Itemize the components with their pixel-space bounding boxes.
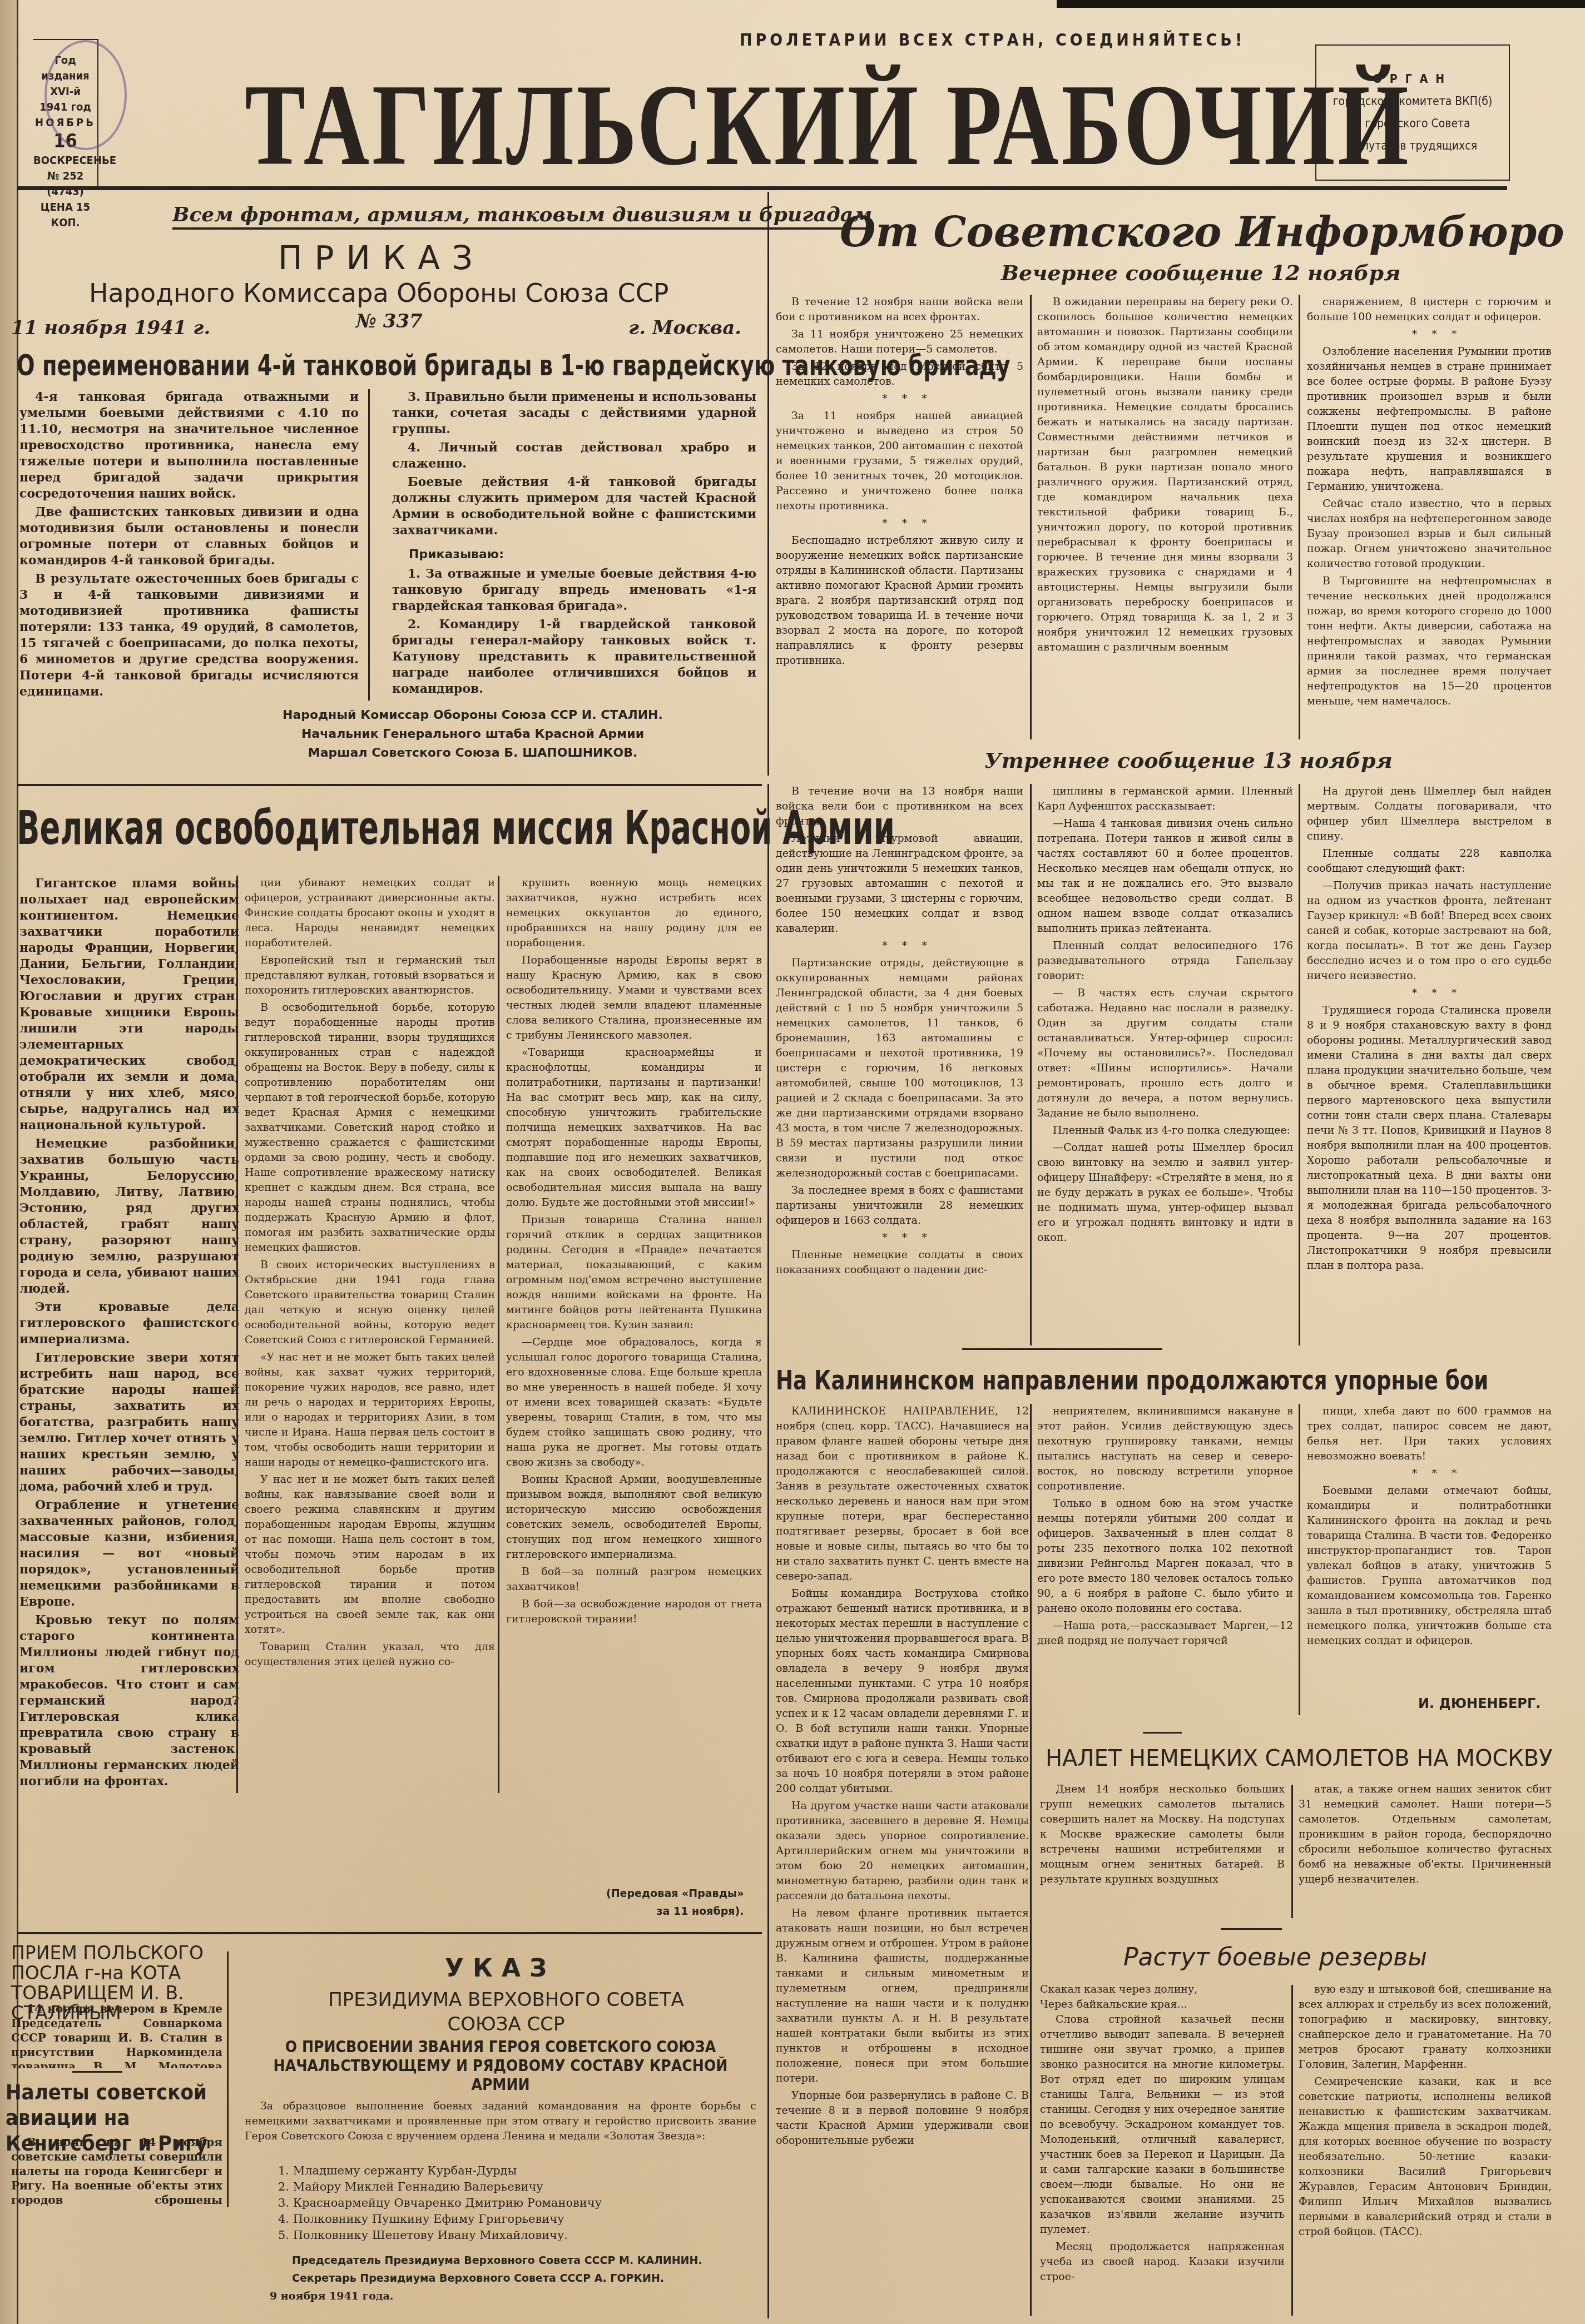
paragraph: В результате ожесточенных боев бригады с… [19, 571, 359, 700]
section-rule [1221, 1928, 1282, 1930]
motto: ПРОЛЕТАРИИ ВСЕХ СТРАН, СОЕДИНЯЙТЕСЬ! [740, 31, 1245, 50]
column-divider [227, 1951, 229, 2207]
kalinin-col3: пищи, хлеба дают по 600 граммов на трех … [1307, 1404, 1552, 1693]
paragraph: пищи, хлеба дают по 600 граммов на трех … [1307, 1404, 1552, 1464]
paragraph: Кровью текут по полям старого континента… [19, 1612, 239, 1790]
paragraph: —Солдат нашей роты Шмеллер бросил свою в… [1037, 1140, 1293, 1245]
editorial-col3: крушить военную мощь немецких захватчико… [506, 876, 762, 1732]
recipient: 2. Майору Миклей Геннадию Валерьевичу [256, 2179, 602, 2195]
section-rule [1143, 1732, 1182, 1734]
separator-stars: * * * [776, 516, 1023, 531]
paragraph: Упорные бои развернулись в районе С. В т… [776, 2088, 1029, 2148]
paragraph: В ночь на 14 ноября советские самолеты с… [11, 2135, 222, 2207]
paragraph: Партизанские отряды, действующие в оккуп… [776, 956, 1023, 1181]
paragraph: неприятелем, вклинившимся накануне в это… [1037, 1404, 1293, 1494]
evening-report-col3: снаряжением, 8 цистерн с горючим и больш… [1307, 295, 1552, 739]
raid-heading: НАЛЕТ НЕМЕЦКИХ САМОЛЕТОВ НА МОСКВУ [1046, 1746, 1553, 1771]
paragraph: Днем 14 ноября несколько больших групп н… [1040, 1782, 1285, 1887]
reserves-heading: Растут боевые резервы [1123, 1943, 1427, 1972]
paragraph: —Наша рота,—рассказывает Марген,—12 дней… [1037, 1618, 1293, 1648]
decree-title: О ПРИСВОЕНИИ ЗВАНИЯ ГЕРОЯ СОВЕТСКОГО СОЮ… [245, 2038, 756, 2094]
column-divider [1030, 784, 1032, 1345]
paragraph: Беспощадно истребляют живую силу и воору… [776, 533, 1023, 668]
paragraph: Трудящиеся города Сталинска провели 8 и … [1307, 1003, 1552, 1273]
paragraph: На другой день Шмеллер был найден мертвы… [1307, 784, 1552, 844]
order-slogan: Всем фронтам, армиям, танковым дивизиям … [172, 203, 872, 230]
paragraph: Слова стройной казачьей песни отчетливо … [1040, 2012, 1285, 2237]
evening-report-heading: Вечернее сообщение 12 ноября [1001, 260, 1400, 285]
column-divider [1299, 784, 1300, 1345]
morning-report-col1: В течение ночи на 13 ноября наши войска … [776, 784, 1023, 1345]
column-divider [1291, 1785, 1293, 1918]
editorial-source: (Передовая «Правды» за 11 ноября). [606, 1885, 744, 1920]
paragraph: У нас нет и не может быть таких целей во… [245, 1472, 495, 1637]
order-city: г. Москва. [628, 317, 741, 339]
issue-price: ЦЕНА 15 КОП. [33, 199, 97, 230]
song-line: Скакал казак через долину, [1040, 1982, 1285, 1997]
paragraph: Товарищ Сталин указал, что для осуществл… [245, 1640, 495, 1670]
column-divider [1299, 1404, 1300, 1715]
recipient: 3. Красноармейцу Овчаренко Дмитрию Роман… [256, 2195, 602, 2211]
paragraph: Семиреченские казаки, как и все советски… [1299, 2074, 1552, 2239]
column-divider [1299, 295, 1300, 739]
polish-ambassador-body: 14 ноября вечером в Кремле Председатель … [11, 2002, 222, 2068]
evening-report-col2: В ожидании переправы на берегу реки О. с… [1037, 295, 1293, 739]
paragraph: Призыв товарища Сталина нашел горячий от… [506, 1213, 762, 1333]
section-rule [17, 784, 762, 786]
morning-report-col2: циплины в германской армии. Пленный Карл… [1037, 784, 1293, 1345]
evening-report-col1: В течение 12 ноября наши войска вели бои… [776, 295, 1023, 739]
paragraph: За последнее время в боях с фашистами па… [776, 1183, 1023, 1228]
order-left-column: 4-я танковая бригада отважными и умелыми… [19, 389, 359, 701]
page-edge [1057, 0, 1585, 8]
paragraph: В бой—за полный разгром немецких захватч… [506, 1565, 762, 1595]
paragraph: Сейчас стало известно, что в первых числ… [1307, 496, 1552, 572]
column-divider [767, 192, 769, 776]
order-item: 3. Начальнику ГАБТУ и начальнику ГАУ поп… [392, 699, 756, 701]
paragraph: В бой—за освобождение народов от гнета г… [506, 1597, 762, 1627]
paragraph: Пленные солдаты 228 кавполка сообщают сл… [1307, 846, 1552, 876]
section-rule [17, 1932, 762, 1934]
paragraph: Озлобление населения Румынии против хозя… [1307, 344, 1552, 494]
morning-report-heading: Утреннее сообщение 13 ноября [984, 748, 1393, 773]
paragraph: снаряжением, 8 цистерн с горючим и больш… [1307, 295, 1552, 325]
paragraph: крушить военную мощь немецких захватчико… [506, 876, 762, 951]
paragraph: вую езду и штыковой бой, спешивание на в… [1299, 1982, 1552, 2072]
kalinin-col1: КАЛИНИНСКОЕ НАПРАВЛЕНИЕ, 12 ноября (спец… [776, 1404, 1029, 2316]
editorial-col2: ции убивают немецких солдат и офицеров, … [245, 876, 495, 1793]
source-line: (Передовая «Правды» [606, 1885, 744, 1903]
editorial-col1: Гигантское пламя войны полыхает над евро… [19, 876, 239, 1793]
signature-gorkin: Секретарь Президиума Верховного Совета С… [270, 2270, 702, 2287]
reserves-col2: вую езду и штыковой бой, спешивание на в… [1299, 1982, 1552, 2316]
aviation-raid-body: В ночь на 14 ноября советские самолеты с… [11, 2135, 222, 2207]
paragraph: КАЛИНИНСКОЕ НАПРАВЛЕНИЕ, 12 ноября (спец… [776, 1404, 1029, 1584]
order-item: 2. Командиру 1-й гвардейской танковой бр… [392, 617, 756, 697]
decree-subheading: ПРЕЗИДИУМА ВЕРХОВНОГО СОВЕТА СОЮЗА ССР [267, 1988, 745, 2037]
paragraph: Две фашистских танковых дивизии и одна м… [19, 504, 359, 569]
separator-stars: * * * [776, 938, 1023, 954]
reserves-col1: Скакал казак через долину, Через байкаль… [1040, 1982, 1285, 2316]
separator-stars: * * * [1307, 327, 1552, 342]
paragraph: Гигантское пламя войны полыхает над евро… [19, 876, 239, 1134]
paragraph: 4. Личный состав действовал храбро и сла… [392, 440, 756, 472]
paragraph: Пленный Фальк из 4-го полка следующее: [1037, 1123, 1293, 1138]
order-signatures: Народный Комиссар Обороны Союза ССР И. С… [222, 706, 723, 763]
paragraph: Немецкие разбойники, захватив большую ча… [19, 1136, 239, 1297]
paragraph: —Сердце мое обрадовалось, когда я услыша… [506, 1335, 762, 1470]
editorial-heading: Великая освободительная миссия Красной А… [17, 801, 895, 855]
paragraph: За 12 ноября под Москвой сбито 5 немецки… [776, 359, 1023, 389]
morning-report-col3: На другой день Шмеллер был найден мертвы… [1307, 784, 1552, 1345]
section-rule [72, 2071, 122, 2073]
paragraph: В течение 12 ноября наши войска вели бои… [776, 295, 1023, 325]
recipient: 4. Полковнику Пушкину Ефиму Григорьевичу [256, 2211, 602, 2227]
paragraph: ции убивают немецких солдат и офицеров, … [245, 876, 495, 951]
paragraph: В освободительной борьбе, которую ведут … [245, 1000, 495, 1255]
decree-subheading-line: ПРЕЗИДИУМА ВЕРХОВНОГО СОВЕТА [267, 1988, 745, 2012]
separator-stars: * * * [776, 391, 1023, 406]
recipient: 1. Младшему сержанту Курбан-Дурды [256, 2163, 602, 2179]
paragraph: Европейский тыл и германский тыл предста… [245, 953, 495, 998]
organ-line3: депутатов трудящихся [1316, 135, 1509, 157]
column-divider [236, 876, 238, 1793]
organ-label: ОРГАН [1316, 68, 1509, 90]
kalinin-heading: На Калининском направлении продолжаются … [776, 1365, 1488, 1396]
order-item: 1. За отважные и умелые боевые действия … [392, 566, 756, 614]
decree-signatures: Председатель Президиума Верховного Совет… [270, 2252, 702, 2305]
raid-col1: Днем 14 ноября несколько больших групп н… [1040, 1782, 1285, 1921]
paragraph: Боевые действия 4-й танковой бригады дол… [392, 474, 756, 539]
paragraph: На левом фланге противник пытается атако… [776, 1906, 1029, 2086]
kalinin-byline: И. ДЮНЕНБЕРГ. [1418, 1696, 1541, 1711]
raid-col2: атак, а также огнем наших зениток сбит 3… [1299, 1782, 1552, 1921]
paragraph: Боевыми делами отмечают бойцы, командиры… [1307, 1483, 1552, 1648]
paragraph: атак, а также огнем наших зениток сбит 3… [1299, 1782, 1552, 1887]
paragraph: —Получив приказ начать наступление на од… [1307, 878, 1552, 984]
paragraph: Эти кровавые дела гитлеровского фашистск… [19, 1299, 239, 1348]
issue-date-box: Год издания XVI-й 1941 год НОЯБРЬ 16 ВОС… [33, 39, 98, 190]
separator-stars: * * * [1307, 1466, 1552, 1481]
issue-number: № 252 (4743) [33, 168, 97, 199]
paragraph: В ожидании переправы на берегу реки О. с… [1037, 295, 1293, 655]
masthead-rule [17, 186, 1507, 190]
paragraph: «У нас нет и не может быть таких целей в… [245, 1350, 495, 1470]
decree-date: 9 ноября 1941 года. [270, 2287, 702, 2305]
decree-intro: За образцовое выполнение боевых заданий … [245, 2099, 756, 2160]
paragraph: Месяц продолжается напряженная учеба из … [1040, 2239, 1285, 2285]
organ-box: ОРГАН городского комитета ВКП(б) и город… [1315, 44, 1510, 181]
paragraph: — В частях есть случаи скрытого саботажа… [1037, 986, 1293, 1121]
newspaper-title: ТАГИЛЬСКИЙ РАБОЧИЙ [245, 67, 1411, 183]
kalinin-col2: неприятелем, вклинившимся накануне в это… [1037, 1404, 1293, 1715]
order-heading: ПРИКАЗ [278, 239, 485, 277]
separator-stars: * * * [1307, 986, 1552, 1001]
sovinformburo-heading: От Советского Информбюро [840, 208, 1564, 256]
paragraph: За 11 ноября нашей авиацией уничтожено и… [776, 409, 1023, 514]
library-stamp [44, 40, 127, 150]
column-divider [368, 389, 370, 701]
decree-recipients: 1. Младшему сержанту Курбан-Дурды 2. Май… [256, 2163, 602, 2243]
organ-line1: городского комитета ВКП(б) [1316, 90, 1509, 112]
signature-kalinin: Председатель Президиума Верховного Совет… [270, 2252, 702, 2270]
paragraph: В Тырговиште на нефтепромыслах в течение… [1307, 574, 1552, 709]
column-divider [1291, 1985, 1293, 2316]
decree-heading: УКАЗ [445, 1954, 556, 1983]
column-divider [1030, 1404, 1032, 2316]
orders-label: Приказываю: [409, 547, 756, 563]
paragraph: Только в одном бою на этом участке немцы… [1037, 1496, 1293, 1616]
paragraph: циплины в германской армии. Пленный Карл… [1037, 784, 1293, 814]
song-line: Через байкальские края... [1040, 1997, 1285, 2012]
paragraph: —Наша 4 танковая дивизия очень сильно по… [1037, 816, 1293, 936]
paragraph: Порабощенные народы Европы верят в нашу … [506, 953, 762, 1043]
decree-subheading-line: СОЮЗА ССР [267, 2012, 745, 2037]
order-subheading: Народного Комиссара Обороны Союза ССР [89, 278, 669, 308]
paragraph: Вот что означает гитлеровский «новый пор… [19, 1792, 239, 1793]
paragraph: На другом участке наши части атаковали п… [776, 1799, 1029, 1904]
paragraph: За образцовое выполнение боевых заданий … [245, 2099, 756, 2144]
order-number: № 337 [356, 310, 423, 332]
paragraph: За 11 ноября уничтожено 25 немецких само… [776, 327, 1023, 357]
paragraph: Ограбление и угнетение захваченных район… [19, 1497, 239, 1610]
order-right-column: 3. Правильно были применены и использова… [392, 389, 756, 701]
signature-shaposhnikov: Маршал Советского Союза Б. ШАПОШНИКОВ. [222, 744, 723, 763]
paragraph: Пленный солдат велосипедного 176 разведы… [1037, 938, 1293, 984]
paragraph: Гитлеровские звери хотят истребить наш н… [19, 1350, 239, 1495]
order-date: 11 ноября 1941 г. [11, 317, 210, 339]
signature-shaposhnikov-title: Начальник Генерального штаба Красной Арм… [222, 725, 723, 744]
paragraph: Пленные немецкие солдаты в своих показан… [776, 1248, 1023, 1278]
paragraph: 4-я танковая бригада отважными и умелыми… [19, 389, 359, 502]
paragraph: 3. Правильно были применены и использова… [392, 389, 756, 438]
recipient: 5. Полковнику Шепетову Ивану Михайловичу… [256, 2227, 602, 2243]
paragraph: В своих исторических выступлениях в Октя… [245, 1258, 495, 1348]
source-line: за 11 ноября). [606, 1903, 744, 1920]
paragraph: Воины Красной Армии, воодушевленные приз… [506, 1472, 762, 1562]
signature-stalin: Народный Комиссар Обороны Союза ССР И. С… [222, 706, 723, 725]
paragraph: «Товарищи красноармейцы и краснофлотцы, … [506, 1045, 762, 1210]
section-rule [962, 1348, 1162, 1350]
paragraph: Бойцы командира Вострухова стойко отража… [776, 1586, 1029, 1796]
column-divider [767, 784, 769, 2318]
issue-weekday: ВОСКРЕСЕНЬЕ [33, 152, 97, 168]
column-divider [1030, 295, 1032, 739]
separator-stars: * * * [776, 1230, 1023, 1245]
column-divider [498, 876, 499, 1793]
paragraph: 14 ноября вечером в Кремле Председатель … [11, 2002, 222, 2068]
organ-line2: и городского Совета [1316, 112, 1509, 135]
